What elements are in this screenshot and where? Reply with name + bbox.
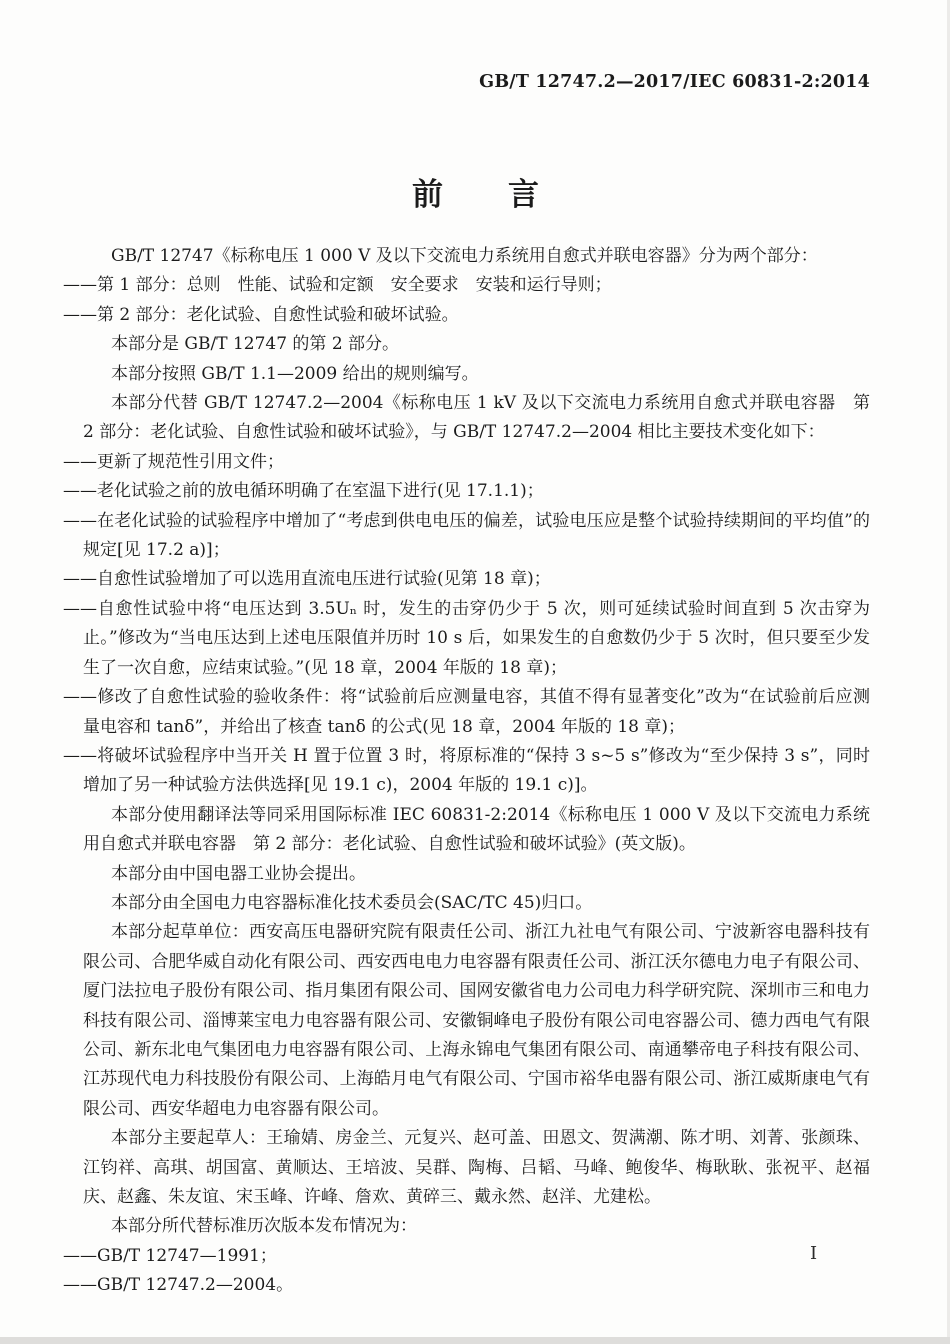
paragraph-drafters: 本部分主要起草人：王瑜婧、房金兰、元复兴、赵可盖、田恩文、贺满潮、陈才明、刘菁、… [83, 1124, 870, 1212]
dash-item-change-5: ——自愈性试验中将“电压达到 3.5Uₙ 时，发生的击穿仍少于 5 次，则可延续… [83, 595, 870, 683]
paragraph-proposed-by: 本部分由中国电器工业协会提出。 [83, 860, 870, 889]
dash-item-change-3: ——在老化试验的试验程序中增加了“考虑到供电电压的偏差，试验电压应是整个试验持续… [83, 507, 870, 566]
dash-item-edition-2004: ——GB/T 12747.2—2004。 [83, 1271, 870, 1300]
dash-item-change-2: ——老化试验之前的放电循环明确了在室温下进行(见 17.1.1)； [83, 477, 870, 506]
paragraph-under-jurisdiction: 本部分由全国电力电容器标准化技术委员会(SAC/TC 45)归口。 [83, 889, 870, 918]
paragraph-iec-adoption: 本部分使用翻译法等同采用国际标准 IEC 60831-2:2014《标称电压 1… [83, 801, 870, 860]
page-number: I [810, 1243, 817, 1264]
dash-item-part2: ——第 2 部分：老化试验、自愈性试验和破坏试验。 [83, 301, 870, 330]
dash-item-change-4: ——自愈性试验增加了可以选用直流电压进行试验(见第 18 章)； [83, 565, 870, 594]
dash-item-change-1: ——更新了规范性引用文件； [83, 448, 870, 477]
dash-item-part1: ——第 1 部分：总则 性能、试验和定额 安全要求 安装和运行导则； [83, 271, 870, 300]
dash-item-change-7: ——将破坏试验程序中当开关 H 置于位置 3 时，将原标准的“保持 3 s~5 … [83, 742, 870, 801]
paragraph-drafting-orgs: 本部分起草单位：西安高压电器研究院有限责任公司、浙江九社电气有限公司、宁波新容电… [83, 918, 870, 1124]
paragraph-this-part: 本部分是 GB/T 12747 的第 2 部分。 [83, 330, 870, 359]
paragraph-previous-editions: 本部分所代替标准历次版本发布情况为： [83, 1212, 870, 1241]
scan-edge-bottom [0, 1337, 950, 1344]
paragraph-scope-intro: GB/T 12747《标称电压 1 000 V 及以下交流电力系统用自愈式并联电… [83, 242, 870, 271]
foreword-body: GB/T 12747《标称电压 1 000 V 及以下交流电力系统用自愈式并联电… [83, 242, 870, 1301]
dash-item-edition-1991: ——GB/T 12747—1991； [83, 1242, 870, 1271]
page-title: 前 言 [83, 169, 869, 214]
dash-item-change-6: ——修改了自愈性试验的验收条件：将“试验前后应测量电容，其值不得有显著变化”改为… [83, 683, 870, 742]
paragraph-drafting-rules: 本部分按照 GB/T 1.1—2009 给出的规则编写。 [83, 360, 870, 389]
standard-code-header: GB/T 12747.2—2017/IEC 60831-2:2014 [479, 72, 870, 92]
paragraph-replaces: 本部分代替 GB/T 12747.2—2004《标称电压 1 kV 及以下交流电… [83, 389, 870, 448]
